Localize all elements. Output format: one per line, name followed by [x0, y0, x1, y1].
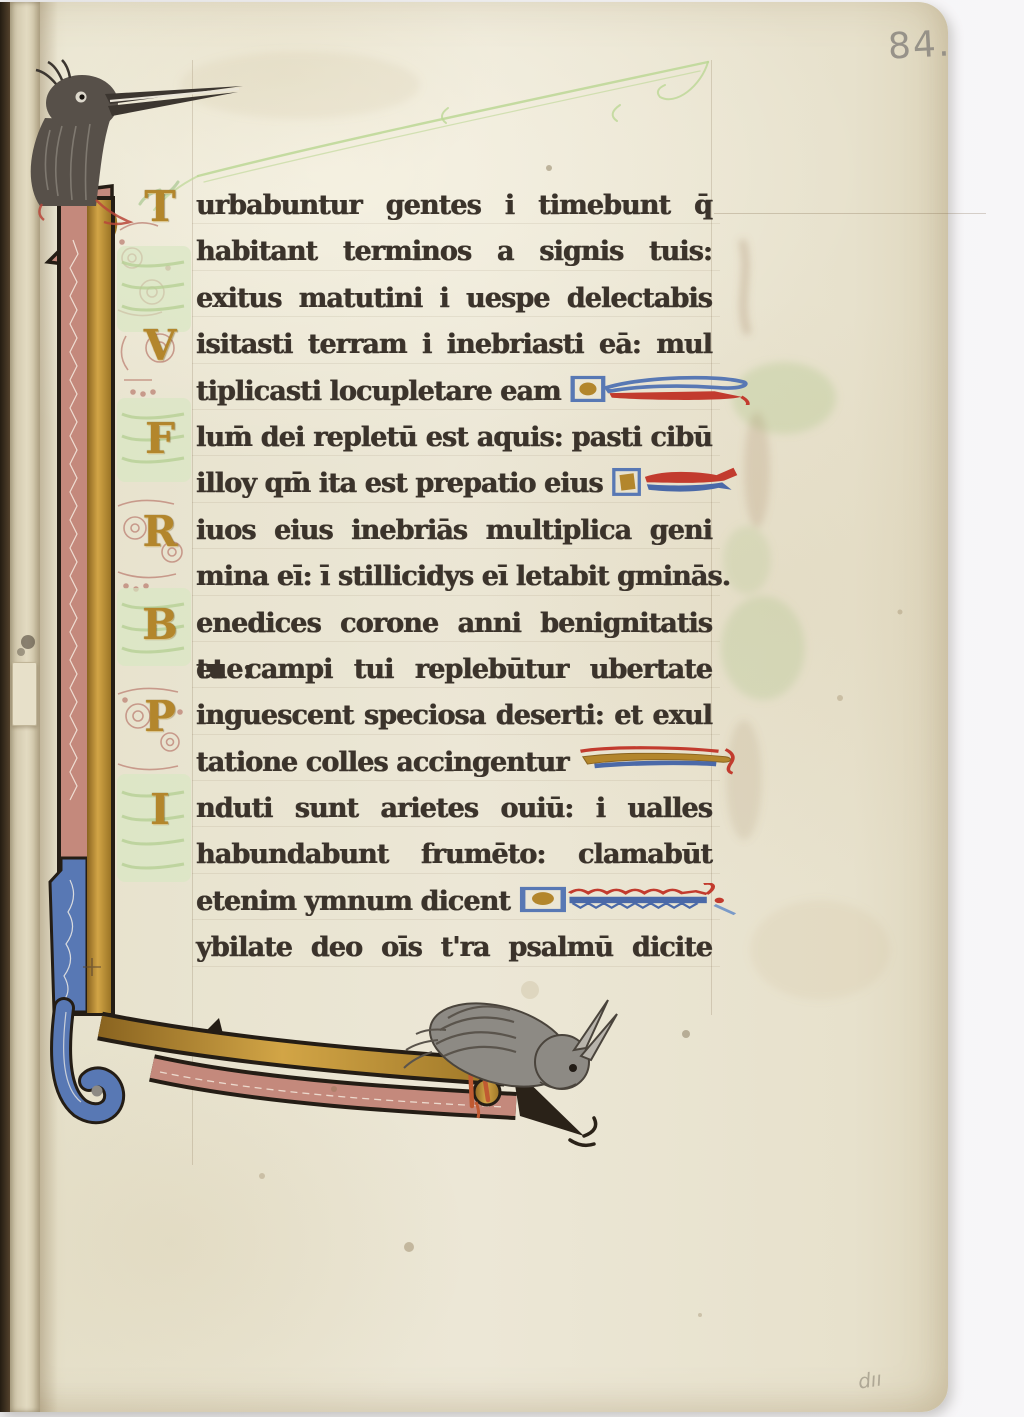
ruling-line-top — [714, 213, 986, 214]
verse-text: inguescent speciosa deserti: et exul — [196, 693, 712, 739]
manuscript-photo: 84. dıı — [0, 0, 1024, 1417]
text-block: T urbabuntur gentes i timebunt q̄ habita… — [196, 183, 712, 972]
corner-inscription: dıı — [857, 1368, 883, 1391]
verse-text: tatione colles accingentur — [196, 740, 569, 786]
line-filler-blue-bar-red-scallop-icon — [518, 883, 752, 916]
text-line: P inguescent speciosa deserti: et exul — [196, 693, 712, 739]
verse-text: etenim ymnum dicent — [196, 879, 510, 925]
sewing-support — [12, 662, 37, 726]
illuminated-initial: I — [130, 786, 190, 833]
text-line: ybilate deo oīs t'ra psalmū dicite — [196, 925, 712, 971]
ruling-line-left — [192, 60, 193, 1165]
text-line: habitant terminos a signis tuis: — [196, 229, 712, 275]
text-line: habundabunt frumēto: clamabūt — [196, 832, 712, 878]
illuminated-initial: T — [130, 183, 190, 230]
gutter-shadow — [40, 2, 58, 1412]
text-line: T urbabuntur gentes i timebunt q̄ — [196, 183, 712, 229]
text-line: V isitasti terram i inebriasti eā: mul — [196, 322, 712, 368]
text-line: etenim ymnum dicent — [196, 879, 712, 925]
line-filler-blue-square-red-beast-icon — [611, 465, 752, 498]
text-line: I nduti sunt arietes ouiū: i ualles — [196, 786, 712, 832]
verse-text: et campi tui replebūtur ubertate — [196, 647, 712, 693]
verse-text: mina eī: ī stillicidys eī letabit gminās… — [196, 554, 712, 600]
text-line: et campi tui replebūtur ubertate — [196, 647, 712, 693]
text-line: B enedices corone anni benignitatis tue: — [196, 601, 712, 647]
text-line: mina eī: ī stillicidys eī letabit gminās… — [196, 554, 712, 600]
illuminated-initial: V — [130, 322, 190, 369]
text-line: exitus matutini i uespe delectabis — [196, 276, 712, 322]
verse-text: ybilate deo oīs t'ra psalmū dicite — [196, 925, 712, 971]
text-line: R iuos eius inebriās multiplica geni — [196, 508, 712, 554]
illuminated-initial: R — [130, 508, 190, 555]
verse-text: tiplicasti locupletare eam — [196, 369, 561, 415]
line-filler-red-gold-blue-banner-icon — [577, 743, 752, 776]
illuminated-initial: P — [130, 693, 190, 740]
text-line: F lum̄ dei repletū est aquis: pasti cibū — [196, 415, 712, 461]
verse-text: isitasti terram i inebriasti eā: mul — [196, 322, 712, 368]
verse-text: nduti sunt arietes ouiū: i ualles — [196, 786, 712, 832]
verse-text: iuos eius inebriās multiplica geni — [196, 508, 712, 554]
verse-text: habitant terminos a signis tuis: — [196, 229, 712, 275]
binding-spine — [0, 2, 10, 1412]
verse-text: illoy qm̄ ita est prepatio eius — [196, 461, 603, 507]
illuminated-initial: B — [130, 601, 190, 648]
text-line: illoy qm̄ ita est prepatio eius — [196, 461, 712, 507]
verse-text: exitus matutini i uespe delectabis — [196, 276, 712, 322]
line-filler-blue-loop-red-wedge-icon — [569, 372, 752, 405]
text-line: tatione colles accingentur — [196, 740, 712, 786]
verse-text: lum̄ dei repletū est aquis: pasti cibū — [196, 415, 712, 461]
illuminated-initial: F — [130, 415, 190, 462]
folio-number: 84. — [887, 26, 952, 65]
text-line: tiplicasti locupletare eam — [196, 369, 712, 415]
verse-text: urbabuntur gentes i timebunt q̄ — [196, 183, 712, 229]
verse-text: habundabunt frumēto: clamabūt — [196, 832, 712, 878]
